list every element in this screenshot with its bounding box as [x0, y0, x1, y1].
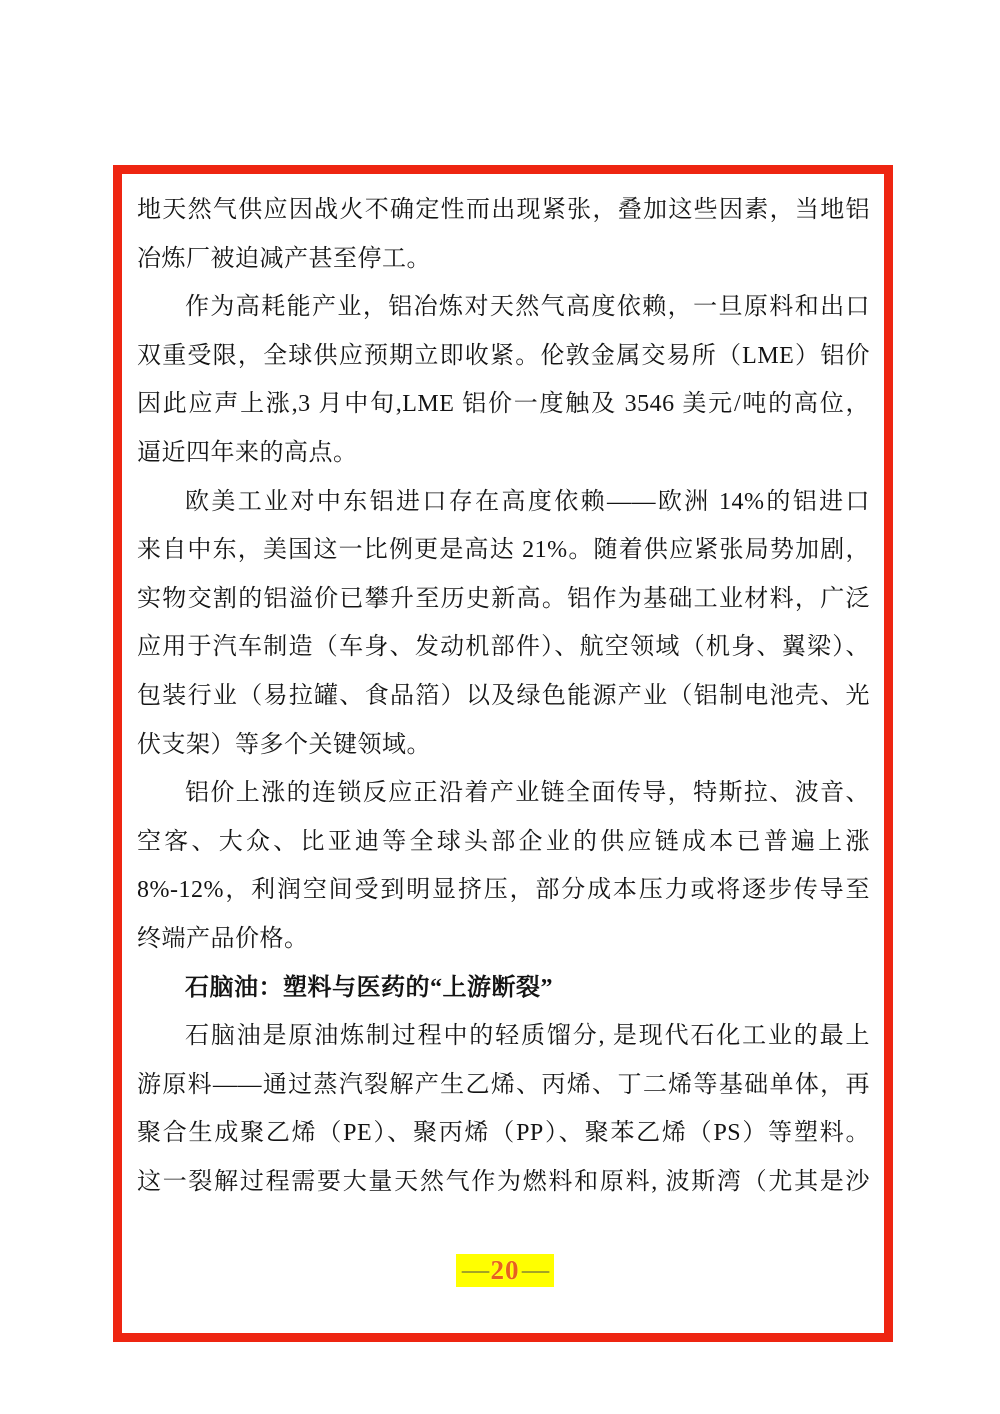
text-line: 这一裂解过程需要大量天然气作为燃料和原料, 波斯湾（尤其是沙: [137, 1158, 870, 1207]
page-number-right-dash: —: [521, 1260, 548, 1281]
text-line: 冶炼厂被迫减产甚至停工。: [137, 235, 870, 284]
text-line: 作为高耗能产业，铝冶炼对天然气高度依赖，一旦原料和出口: [137, 283, 870, 332]
text-line: 应用于汽车制造（车身、发动机部件）、航空领域（机身、翼梁）、: [137, 623, 870, 672]
text-line: 空客、大众、比亚迪等全球头部企业的供应链成本已普遍上涨: [137, 818, 870, 867]
text-line: 8%-12%，利润空间受到明显挤压，部分成本压力或将逐步传导至: [137, 866, 870, 915]
text-line: 因此应声上涨,3 月中旬,LME 铝价一度触及 3546 美元/吨的高位，: [137, 380, 870, 429]
text-line: 石脑油是原油炼制过程中的轻质馏分, 是现代石化工业的最上: [137, 1012, 870, 1061]
text-line: 游原料——通过蒸汽裂解产生乙烯、丙烯、丁二烯等基础单体，再: [137, 1061, 870, 1110]
section-heading: 石脑油：塑料与医药的“上游断裂”: [137, 964, 870, 1013]
text-line: 实物交割的铝溢价已攀升至历史新高。铝作为基础工业材料，广泛: [137, 575, 870, 624]
text-line: 欧美工业对中东铝进口存在高度依赖——欧洲 14%的铝进口: [137, 478, 870, 527]
text-line: 逼近四年来的高点。: [137, 429, 870, 478]
text-line: 聚合生成聚乙烯（PE）、聚丙烯（PP）、聚苯乙烯（PS）等塑料。: [137, 1109, 870, 1158]
document-body: 地天然气供应因战火不确定性而出现紧张，叠加这些因素，当地铝冶炼厂被迫减产甚至停工…: [137, 186, 870, 1206]
text-line: 铝价上涨的连锁反应正沿着产业链全面传导，特斯拉、波音、: [137, 769, 870, 818]
text-line: 终端产品价格。: [137, 915, 870, 964]
text-line: 伏支架）等多个关键领域。: [137, 721, 870, 770]
page-number-value: 20: [491, 1257, 520, 1284]
text-line: 来自中东，美国这一比例更是高达 21%。随着供应紧张局势加剧，: [137, 526, 870, 575]
text-line: 双重受限，全球供应预期立即收紧。伦敦金属交易所（LME）铝价: [137, 332, 870, 381]
text-line: 包装行业（易拉罐、食品箔）以及绿色能源产业（铝制电池壳、光: [137, 672, 870, 721]
text-line: 地天然气供应因战火不确定性而出现紧张，叠加这些因素，当地铝: [137, 186, 870, 235]
page-number-left-dash: —: [461, 1260, 488, 1281]
page-number-badge: — 20 —: [456, 1254, 554, 1287]
